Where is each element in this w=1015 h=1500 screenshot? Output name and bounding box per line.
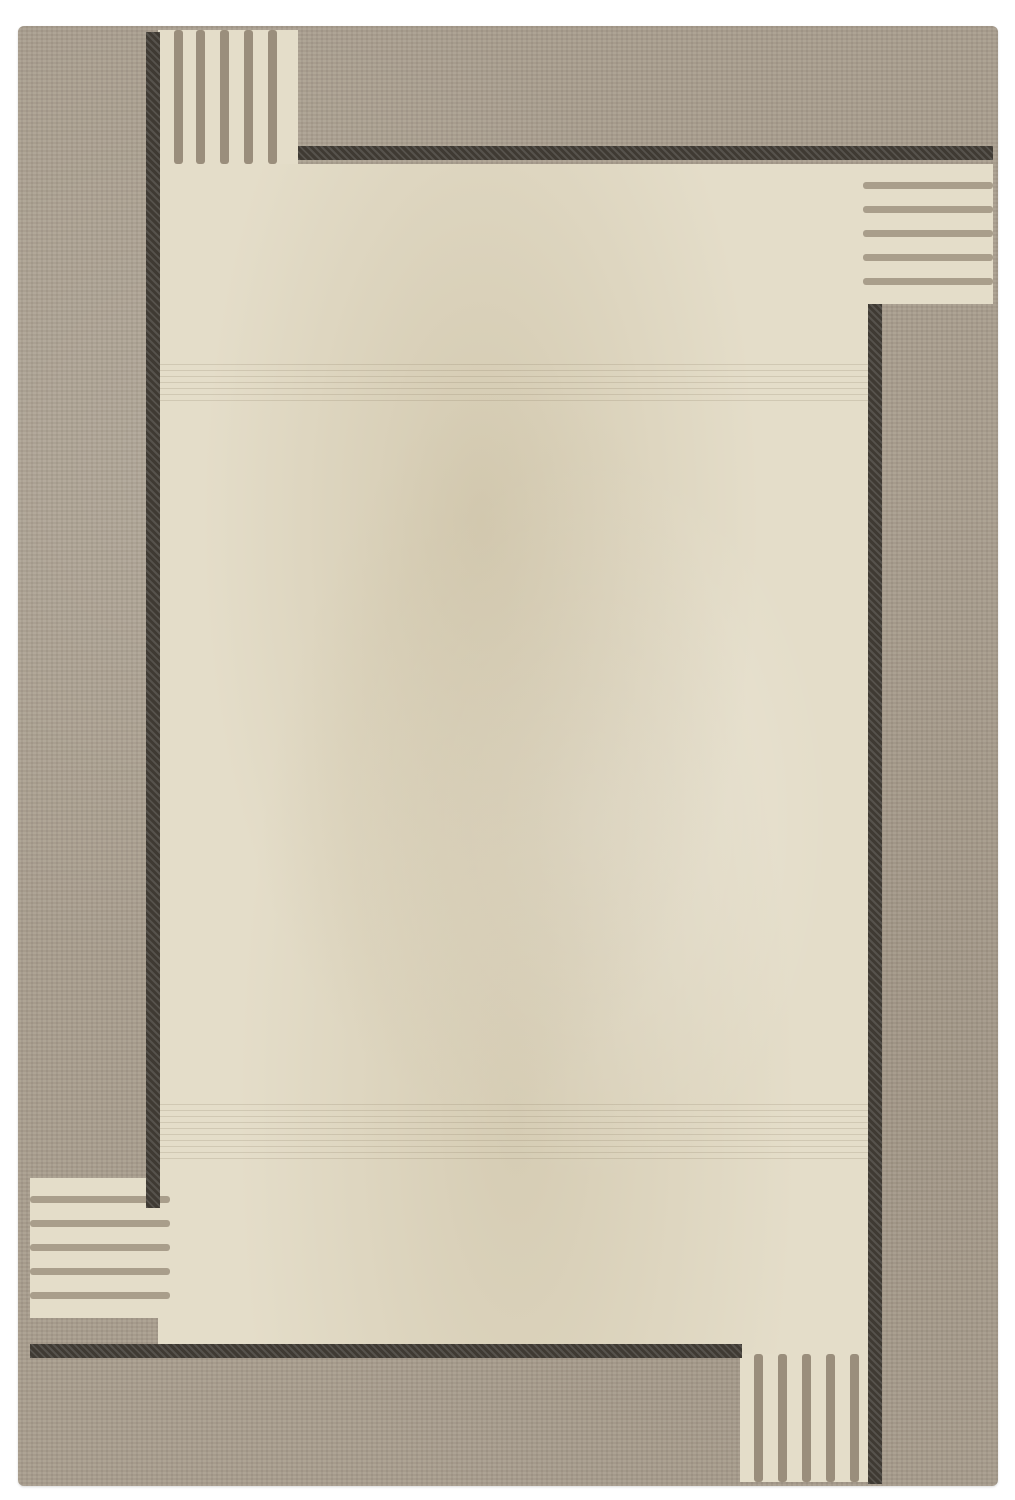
stripe	[802, 1354, 811, 1482]
top-right-stripe-panel	[863, 164, 993, 304]
stripe	[220, 30, 229, 164]
stripe	[196, 30, 205, 164]
stripe	[30, 1244, 170, 1251]
top-accent-line	[298, 146, 993, 160]
rug-center-field	[158, 164, 876, 1354]
stripe	[863, 230, 993, 237]
top-left-stripe-panel	[158, 30, 298, 164]
stripe	[754, 1354, 763, 1482]
stripe	[268, 30, 277, 164]
stripe	[174, 30, 183, 164]
stripe	[826, 1354, 835, 1482]
field-texture-lines-top	[158, 364, 876, 404]
rug	[18, 26, 998, 1486]
stripe	[863, 254, 993, 261]
left-accent-line	[146, 32, 160, 1208]
stripe	[863, 206, 993, 213]
field-texture-lines-bottom	[158, 1104, 876, 1164]
stripe	[778, 1354, 787, 1482]
stripe	[850, 1354, 859, 1482]
stripe	[863, 182, 993, 189]
stripe	[30, 1268, 170, 1275]
bottom-accent-line	[30, 1344, 742, 1358]
bottom-right-stripe-panel	[740, 1354, 876, 1482]
stripe	[30, 1292, 170, 1299]
stripe	[244, 30, 253, 164]
right-accent-line	[868, 304, 882, 1484]
stripe	[30, 1220, 170, 1227]
stripe	[863, 278, 993, 285]
